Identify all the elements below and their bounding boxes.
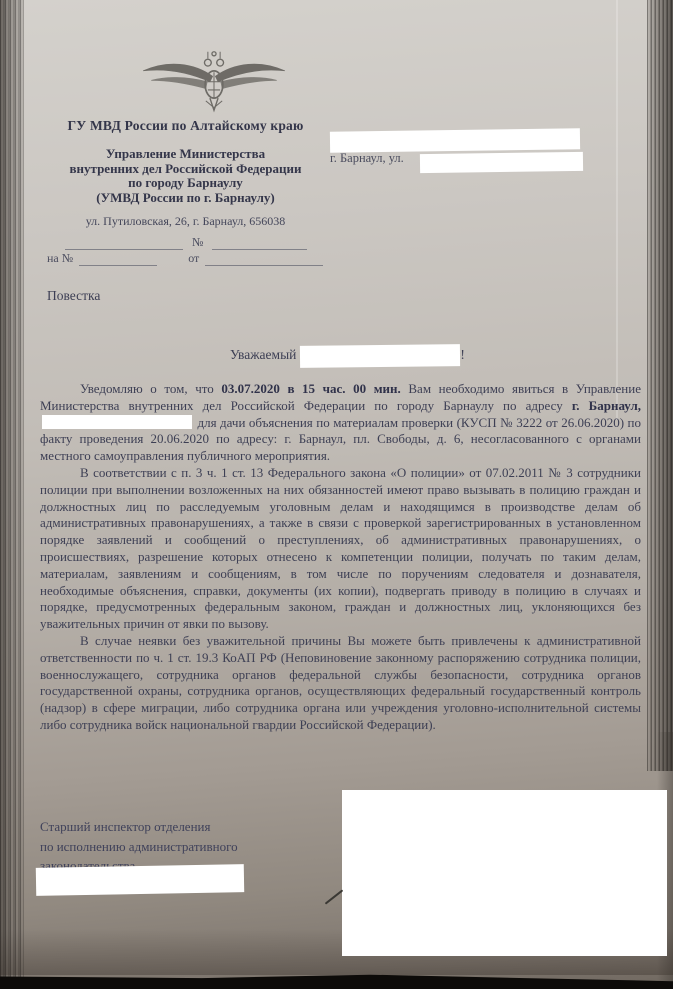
- letterhead-postal-address: ул. Путиловская, 26, г. Барнаул, 656038: [18, 214, 353, 229]
- paragraph-legal-basis: В соответствии с п. 3 ч. 1 ст. 13 Федера…: [40, 465, 641, 633]
- p1-text: Уведомляю о том, что: [80, 381, 221, 396]
- signer-position-line1: Старший инспектор отделения: [40, 817, 238, 837]
- p1-datetime-bold: 03.07.2020 в 15 час. 00 мин.: [221, 381, 400, 396]
- redaction-box-stamp-area: [342, 790, 667, 956]
- reply-date-underline: [205, 252, 323, 266]
- org-name-line1: Управление Министерства: [18, 147, 353, 162]
- date-blank-underline: [65, 236, 183, 250]
- redaction-box-recipient-line1: [330, 128, 580, 152]
- reply-reference-line: на № от: [47, 251, 323, 266]
- p1-city-bold: г. Барнаул,: [572, 398, 641, 413]
- pen-mark: [325, 889, 344, 904]
- reply-date-label: от: [188, 251, 199, 265]
- number-sign: №: [192, 235, 203, 249]
- redaction-box-signer-name: [36, 864, 244, 896]
- org-name-line3: по городу Барнаулу: [18, 176, 353, 191]
- salutation-suffix: !: [460, 347, 465, 362]
- reply-number-underline: [79, 252, 157, 266]
- reply-prefix: на №: [47, 251, 73, 265]
- salutation-line: Уважаемый!: [230, 345, 465, 367]
- letterhead: ГУ МВД России по Алтайскому краю Управле…: [18, 42, 353, 229]
- salutation-prefix: Уважаемый: [230, 347, 296, 362]
- redaction-box-recipient-name: [300, 344, 460, 368]
- document-title: Повестка: [47, 288, 100, 304]
- paragraph-liability-warning: В случае неявки без уважительной причины…: [40, 633, 641, 734]
- org-name-line4: (УМВД России по г. Барнаулу): [18, 191, 353, 206]
- redaction-box-recipient-street: [420, 152, 583, 173]
- outgoing-number-line: №: [65, 235, 307, 250]
- paper-fold-crease: [616, 0, 618, 420]
- agency-name: ГУ МВД России по Алтайскому краю: [18, 118, 353, 134]
- redaction-box-address-inline: [42, 415, 192, 429]
- number-blank-underline: [212, 236, 307, 250]
- signer-position-line2: по исполнению административного: [40, 837, 238, 857]
- recipient-address-prefix: г. Барнаул, ул.: [330, 151, 404, 166]
- paragraph-summons: Уведомляю о том, что 03.07.2020 в 15 час…: [40, 381, 641, 465]
- mvd-eagle-emblem-icon: [139, 42, 289, 114]
- org-name-block: Управление Министерства внутренних дел Р…: [18, 147, 353, 205]
- photographed-summons-document: ГУ МВД России по Алтайскому краю Управле…: [0, 0, 673, 989]
- org-name-line2: внутренних дел Российской Федерации: [18, 162, 353, 177]
- document-body: Уведомляю о том, что 03.07.2020 в 15 час…: [40, 381, 641, 734]
- paper-stack-right-edge: [647, 0, 673, 771]
